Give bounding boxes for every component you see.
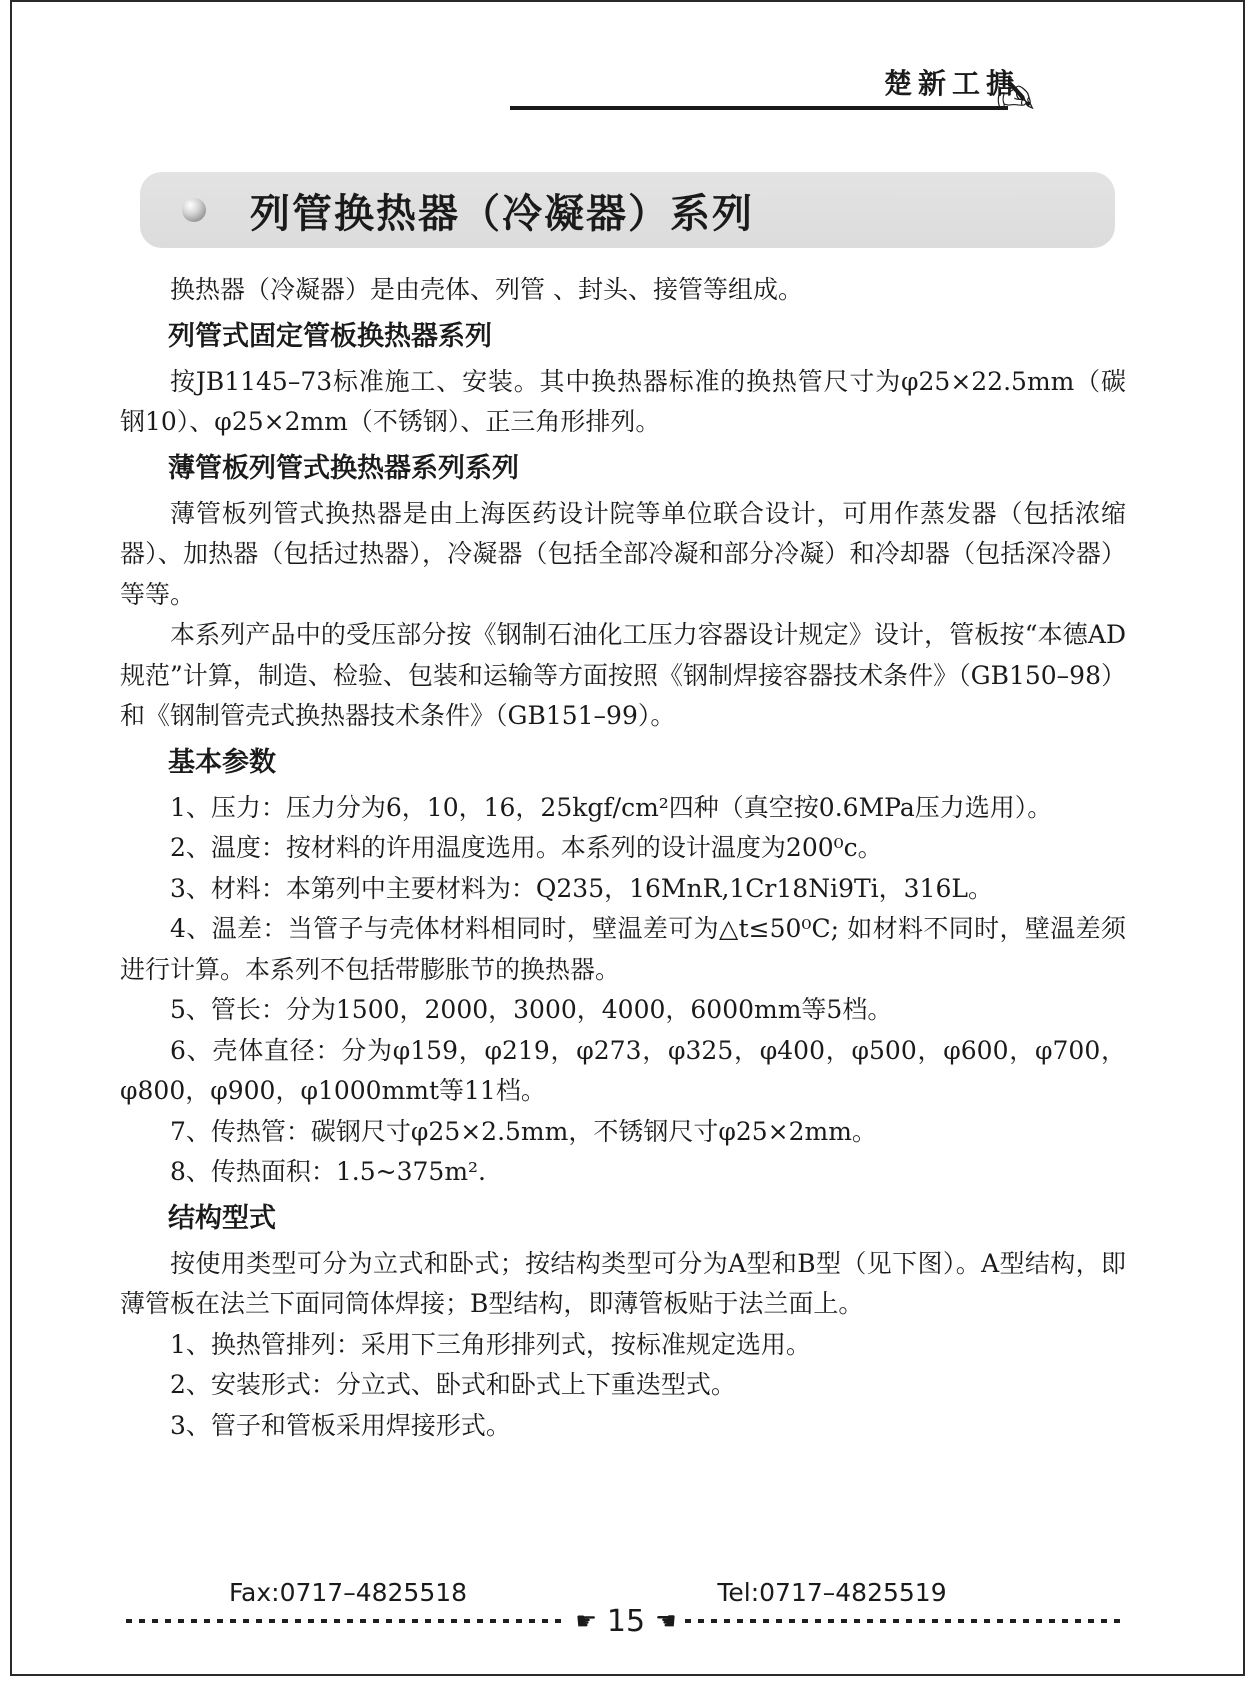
- page-number: 15: [607, 1604, 645, 1639]
- page-number-group: ☛ 15 ☚: [575, 1604, 676, 1639]
- list-item-shell-diameter: 6、壳体直径：分为φ159，φ219，φ273，φ325，φ400，φ500，φ…: [120, 1031, 1126, 1112]
- paragraph: 按使用类型可分为立式和卧式；按结构类型可分为A型和B型（见下图）。A型结构，即薄…: [120, 1244, 1126, 1325]
- writing-hand-icon: ✍: [996, 74, 1035, 120]
- list-item-pressure: 1、压力：压力分为6，10，16，25kgf/cm²四种（真空按0.6MPa压力…: [120, 788, 1126, 829]
- paragraph: 本系列产品中的受压部分按《钢制石油化工压力容器设计规定》设计，管板按“本德AD规…: [120, 615, 1126, 737]
- sphere-bullet-icon: [182, 198, 206, 222]
- section-heading-fixed-tubesheet: 列管式固定管板换热器系列: [168, 316, 1126, 357]
- list-item-tube-arrangement: 1、换热管排列：采用下三角形排列式，按标准规定选用。: [120, 1325, 1126, 1366]
- list-item-temperature: 2、温度：按材料的许用温度选用。本系列的设计温度为200⁰c。: [120, 828, 1126, 869]
- section-heading-structure-type: 结构型式: [168, 1198, 1126, 1239]
- list-item-welding-type: 3、管子和管板采用焊接形式。: [120, 1406, 1126, 1447]
- paragraph: 薄管板列管式换热器是由上海医药设计院等单位联合设计，可用作蒸发器（包括浓缩器）、…: [120, 494, 1126, 616]
- document-page: 楚新工搪 ✍ 列管换热器（冷凝器）系列 换热器（冷凝器）是由壳体、列管 、封头、…: [0, 0, 1251, 1683]
- header-rule: [510, 106, 1008, 110]
- dotted-line-right: [685, 1619, 1126, 1623]
- pointer-left-icon: ☚: [655, 1609, 677, 1633]
- page-title: 列管换热器（冷凝器）系列: [250, 182, 754, 239]
- paragraph: 按JB1145–73标准施工、安装。其中换热器标准的换热管尺寸为φ25×22.5…: [120, 362, 1126, 443]
- title-banner: 列管换热器（冷凝器）系列: [140, 172, 1115, 248]
- footer-fax: Fax:0717–4825518: [168, 1578, 528, 1607]
- list-item-heat-area: 8、传热面积：1.5~375m².: [120, 1152, 1126, 1193]
- list-item-installation-type: 2、安装形式：分立式、卧式和卧式上下重迭型式。: [120, 1365, 1126, 1406]
- pointer-right-icon: ☛: [575, 1609, 597, 1633]
- footer-tel: Tel:0717–4825519: [652, 1578, 1012, 1607]
- list-item-tube-length: 5、管长：分为1500，2000，3000，4000，6000mm等5档。: [120, 990, 1126, 1031]
- list-item-temp-difference: 4、温差：当管子与壳体材料相同时，壁温差可为△t≤50⁰C; 如材料不同时，壁温…: [120, 909, 1126, 990]
- intro-paragraph: 换热器（冷凝器）是由壳体、列管 、封头、接管等组成。: [120, 270, 1126, 311]
- dotted-line-left: [126, 1619, 567, 1623]
- footer-rule: ☛ 15 ☚: [126, 1604, 1126, 1638]
- section-heading-basic-parameters: 基本参数: [168, 742, 1126, 783]
- list-item-material: 3、材料：本第列中主要材料为：Q235，16MnR,1Cr18Ni9Ti，316…: [120, 869, 1126, 910]
- list-item-heat-tube: 7、传热管：碳钢尺寸φ25×2.5mm，不锈钢尺寸φ25×2mm。: [120, 1112, 1126, 1153]
- section-heading-thin-tubesheet: 薄管板列管式换热器系列系列: [168, 448, 1126, 489]
- document-body: 换热器（冷凝器）是由壳体、列管 、封头、接管等组成。 列管式固定管板换热器系列 …: [120, 270, 1126, 1446]
